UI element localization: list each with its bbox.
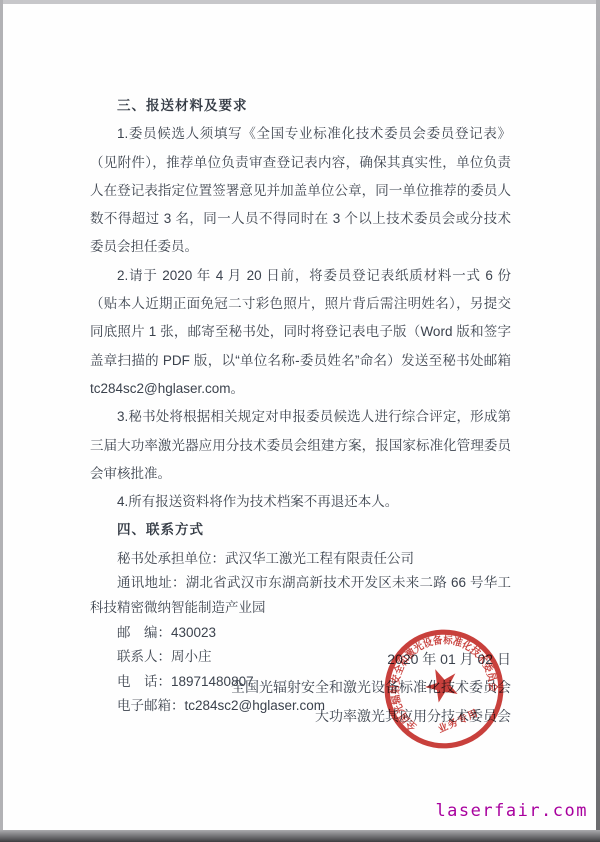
section-heading-contact: 四、联系方式	[90, 516, 511, 544]
materials-paragraph-1: 1.委员候选人须填写《全国专业标准化技术委员会委员登记表》（见附件），推荐单位负…	[90, 120, 511, 261]
materials-paragraph-2: 2.请于 2020 年 4 月 20 日前，将委员登记表纸质材料一式 6 份（贴…	[90, 262, 511, 403]
signature-org-line1: 全国光辐射安全和激光设备标准化技术委员会	[90, 673, 511, 701]
scan-edge-top	[0, 0, 600, 4]
contact-line-address: 通讯地址：湖北省武汉市东湖高新技术开发区未来二路 66 号华工科技精密微纳智能制…	[90, 571, 511, 620]
signature-block: 2020 年 01 月 02 日 全国光辐射安全和激光设备标准化技术委员会 大功…	[90, 645, 511, 730]
materials-paragraph-3: 3.秘书处将根据相关规定对申报委员候选人进行综合评定，形成第三届大功率激光器应用…	[90, 403, 511, 488]
signature-date: 2020 年 01 月 02 日	[90, 645, 511, 673]
scan-edge-right	[596, 0, 600, 842]
materials-paragraph-4: 4.所有报送资料将作为技术档案不再退还本人。	[90, 488, 511, 516]
document-body: 三、报送材料及要求 1.委员候选人须填写《全国专业标准化技术委员会委员登记表》（…	[90, 92, 511, 719]
scan-edge-bottom	[0, 830, 600, 842]
document-page: 三、报送材料及要求 1.委员候选人须填写《全国专业标准化技术委员会委员登记表》（…	[3, 4, 596, 830]
scanned-document: 三、报送材料及要求 1.委员候选人须填写《全国专业标准化技术委员会委员登记表》（…	[0, 0, 600, 842]
contact-line-secretariat: 秘书处承担单位：武汉华工激光工程有限责任公司	[90, 547, 511, 572]
signature-org-line2: 大功率激光其应用分技术委员会	[90, 702, 511, 730]
contact-line-postcode: 邮 编：430023	[90, 621, 511, 646]
scan-edge-left	[0, 0, 3, 842]
watermark-laserfair: laserfair.com	[435, 801, 588, 821]
section-heading-materials: 三、报送材料及要求	[90, 92, 511, 120]
